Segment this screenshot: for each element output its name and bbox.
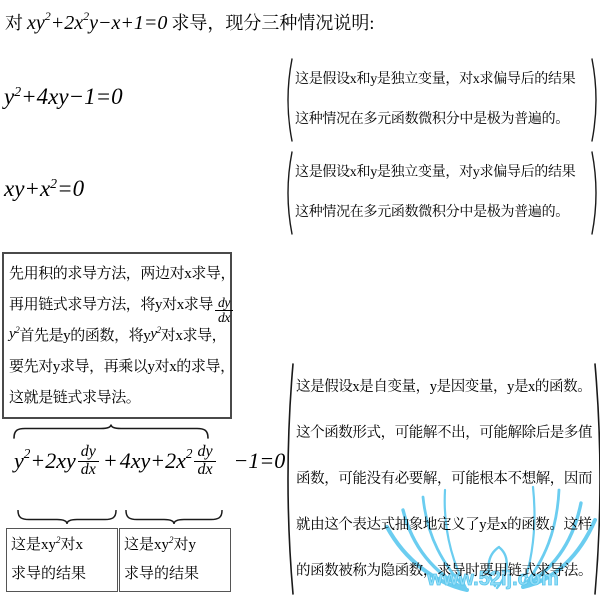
box-line: 先用积的求导方法，两边对x求导， [9, 257, 225, 288]
label-line-1: 这是xy2对y [124, 531, 196, 560]
case2-equation: xy+x 2 =0 [4, 176, 84, 202]
title-post: 求导，现分三种情况说明: [171, 9, 374, 35]
label-line-2: 求导的结果 [124, 566, 199, 582]
note-line: 这种情况在多元函数微积分中是极为普遍的。 [295, 193, 589, 233]
watermark-wings-icon: www.52ij.com [375, 465, 600, 600]
title-equation: xy2+2x2y−x+1=0 [27, 12, 167, 35]
case1-note-text: 这是假设x和y是独立变量，对x求偏导后的结果 这种情况在多元函数微积分中是极为普… [295, 56, 589, 144]
box-line: 要先对y求导，再乘以y对x的求导， [9, 350, 225, 381]
case2-note-text: 这是假设x和y是独立变量，对y求偏导后的结果 这种情况在多元函数微积分中是极为普… [295, 149, 589, 237]
left-paren-icon [281, 149, 295, 237]
overbrace [12, 424, 210, 439]
case1-equation: y 2 +4xy−1=0 [4, 84, 123, 110]
box-line: y 2 首先是y的函数，将y y 2 对x求导， [9, 319, 225, 350]
label-line-1: 这是xy2对x [11, 531, 83, 560]
box-line: 这就是链式求导法。 [9, 381, 225, 412]
note-line: 这是假设x和y是独立变量，对y求偏导后的结果 [295, 153, 589, 193]
underbrace-left [16, 510, 118, 525]
equation-tail: −1=0 [234, 448, 286, 474]
term-group-1: y 2 +2xy dy dx [14, 444, 101, 479]
watermark-url: www.52ij.com [426, 568, 559, 590]
label-box-left: 这是xy2对x 求导的结果 [6, 528, 118, 592]
box-line: 再用链式求导方法，将y对x求导 dy dx [9, 288, 225, 319]
plus-sign: + [103, 448, 118, 474]
right-paren-icon [589, 149, 600, 237]
note-line: 这种情况在多元函数微积分中是极为普遍的。 [295, 100, 589, 140]
label-box-right: 这是xy2对y 求导的结果 [119, 528, 231, 592]
left-paren-icon [281, 56, 295, 144]
title-line: 对 xy2+2x2y−x+1=0 求导，现分三种情况说明: [5, 9, 374, 35]
chain-rule-explanation-box: 先用积的求导方法，两边对x求导， 再用链式求导方法，将y对x求导 dy dx y… [2, 252, 232, 419]
case2-note: 这是假设x和y是独立变量，对y求偏导后的结果 这种情况在多元函数微积分中是极为普… [281, 149, 600, 237]
term-group-2: 4xy+2x 2 dy dx [120, 444, 218, 479]
main-equation: y 2 +2xy dy dx + 4xy+2x 2 dy dx −1=0 [14, 444, 285, 479]
underbrace-right [124, 510, 224, 525]
case1-note: 这是假设x和y是独立变量，对x求偏导后的结果 这种情况在多元函数微积分中是极为普… [281, 56, 600, 144]
dy-dx-fraction: dy dx [194, 444, 215, 479]
note-line: 这个函数形式，可能解不出，可能解除后是多值 [296, 410, 592, 456]
note-line: 这是假设x和y是独立变量，对x求偏导后的结果 [295, 60, 589, 100]
right-paren-icon [589, 56, 600, 144]
label-line-2: 求导的结果 [11, 566, 86, 582]
note-line: 这是假设x是自变量，y是因变量，y是x的函数。 [296, 364, 592, 410]
title-pre: 对 [5, 9, 23, 35]
dy-dx-fraction: dy dx [215, 296, 233, 325]
left-paren-icon [281, 360, 296, 598]
dy-dx-fraction: dy dx [78, 444, 99, 479]
document-page: 对 xy2+2x2y−x+1=0 求导，现分三种情况说明: y 2 +4xy−1… [0, 0, 600, 600]
